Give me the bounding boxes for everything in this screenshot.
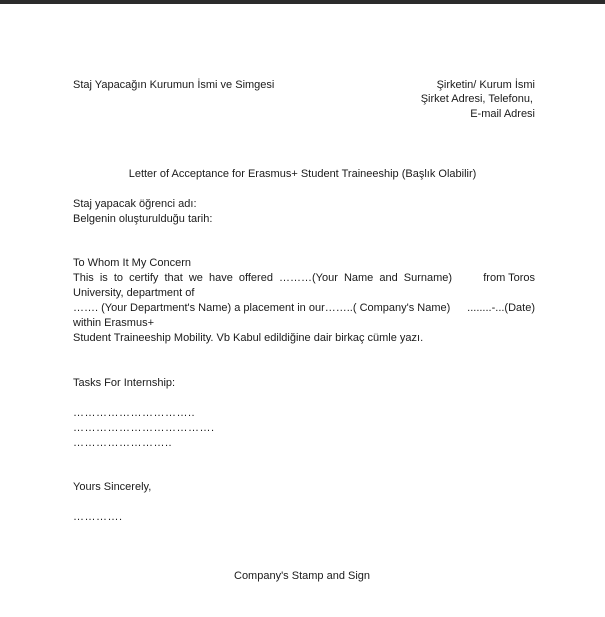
top-bar (0, 0, 605, 4)
document-date-field: Belgenin oluşturulduğu tarih: (73, 212, 212, 226)
letter-title: Letter of Acceptance for Erasmus+ Studen… (0, 167, 605, 181)
body-line-1: This is to certify that we have offered … (73, 271, 452, 285)
institution-name-label: Staj Yapacağın Kurumun İsmi ve Simgesi (73, 78, 274, 92)
task-item: …………………….. (73, 436, 172, 450)
body-line-1-end: from Toros (483, 271, 535, 285)
stamp-and-sign-label: Company's Stamp and Sign (234, 569, 370, 583)
company-email-label: E-mail Adresi (470, 107, 535, 121)
body-line-5: Student Traineeship Mobility. Vb Kabul e… (73, 331, 423, 345)
salutation: To Whom It My Concern (73, 256, 191, 270)
student-name-field: Staj yapacak öğrenci adı: (73, 197, 197, 211)
closing: Yours Sincerely, (73, 480, 151, 494)
tasks-heading: Tasks For Internship: (73, 376, 175, 390)
task-item: ………………………………. (73, 421, 215, 435)
company-address-label: Şirket Adresi, Telefonu, (421, 92, 533, 106)
company-name-label: Şirketin/ Kurum İsmi (437, 78, 535, 92)
body-line-2: University, department of (73, 286, 194, 300)
signature-placeholder: …………. (73, 510, 123, 524)
body-line-3-end: ........-...(Date) (467, 301, 535, 315)
task-item: ………………………….. (73, 406, 195, 420)
body-line-3: ……. (Your Department's Name) a placement… (73, 301, 450, 315)
body-line-4: within Erasmus+ (73, 316, 154, 330)
